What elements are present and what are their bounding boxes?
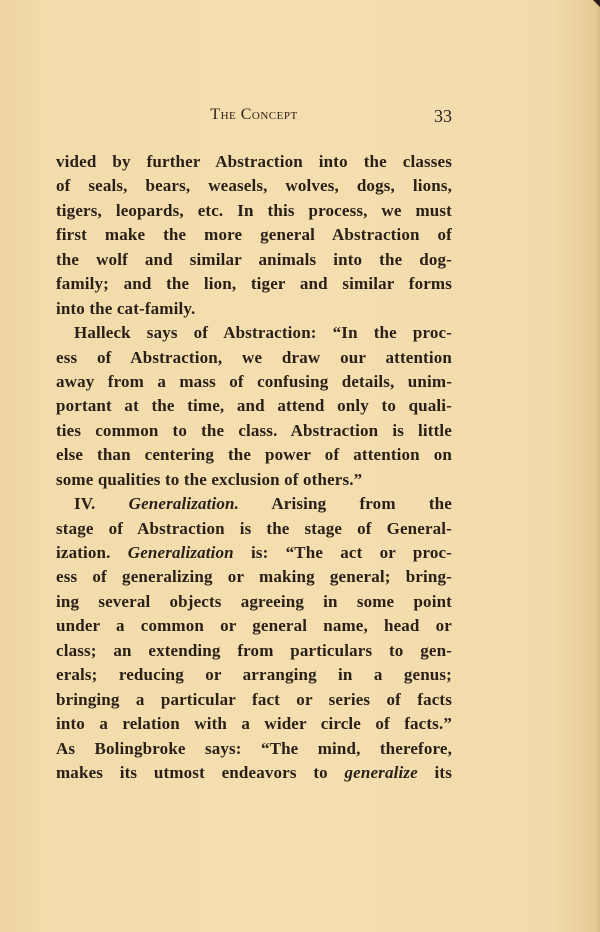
text-run: is: “The act or proc-: [234, 543, 452, 562]
text-line: ing several objects agreeing in some poi…: [56, 590, 452, 614]
text-line: Halleck says of Abstraction: “In the pro…: [56, 321, 452, 345]
text-line: vided by further Abstraction into the cl…: [56, 150, 452, 174]
running-title: The Concept: [56, 106, 452, 124]
text-line: ties common to the class. Abstraction is…: [56, 419, 452, 443]
italic-term: Generalization.: [129, 494, 239, 513]
text-line: makes its utmost endeavors to generalize…: [56, 761, 452, 785]
text-line: first make the more general Abstraction …: [56, 223, 452, 247]
text-line: away from a mass of confusing details, u…: [56, 370, 452, 394]
text-line: family; and the lion, tiger and similar …: [56, 272, 452, 296]
text-line: ess of Abstraction, we draw our attentio…: [56, 346, 452, 370]
text-line: else than centering the power of attenti…: [56, 443, 452, 467]
text-line: the wolf and similar animals into the do…: [56, 248, 452, 272]
text-line: portant at the time, and attend only to …: [56, 394, 452, 418]
text-line: IV. Generalization. Arising from the: [56, 492, 452, 516]
text-line: stage of Abstraction is the stage of Gen…: [56, 517, 452, 541]
text-line: erals; reducing or arranging in a genus;: [56, 663, 452, 687]
italic-term: generalize: [345, 763, 418, 782]
text-line: some qualities to the exclusion of other…: [56, 468, 452, 492]
italic-term: Generalization: [128, 543, 234, 562]
text-run: Arising from the: [239, 494, 452, 513]
text-line: into the cat-family.: [56, 297, 452, 321]
text-line: tigers, leopards, etc. In this process, …: [56, 199, 452, 223]
text-line: under a common or general name, head or: [56, 614, 452, 638]
book-page: The Concept 33 vided by further Abstract…: [0, 0, 600, 932]
page-number: 33: [434, 106, 452, 127]
text-line: of seals, bears, weasels, wolves, dogs, …: [56, 174, 452, 198]
text-line: bringing a particular fact or series of …: [56, 688, 452, 712]
page-corner: [593, 0, 600, 7]
text-line: ess of generalizing or making general; b…: [56, 565, 452, 589]
text-line: ization. Generalization is: “The act or …: [56, 541, 452, 565]
running-head: The Concept 33: [56, 106, 452, 130]
text-line: into a relation with a wider circle of f…: [56, 712, 452, 736]
text-line: As Bolingbroke says: “The mind, therefor…: [56, 737, 452, 761]
text-run: ization.: [56, 543, 128, 562]
text-run: IV.: [74, 494, 129, 513]
text-run: makes its utmost endeavors to: [56, 763, 345, 782]
body-text: vided by further Abstraction into the cl…: [56, 150, 452, 785]
text-line: class; an extending from particulars to …: [56, 639, 452, 663]
text-run: its: [418, 763, 452, 782]
page-edge: [594, 0, 600, 932]
